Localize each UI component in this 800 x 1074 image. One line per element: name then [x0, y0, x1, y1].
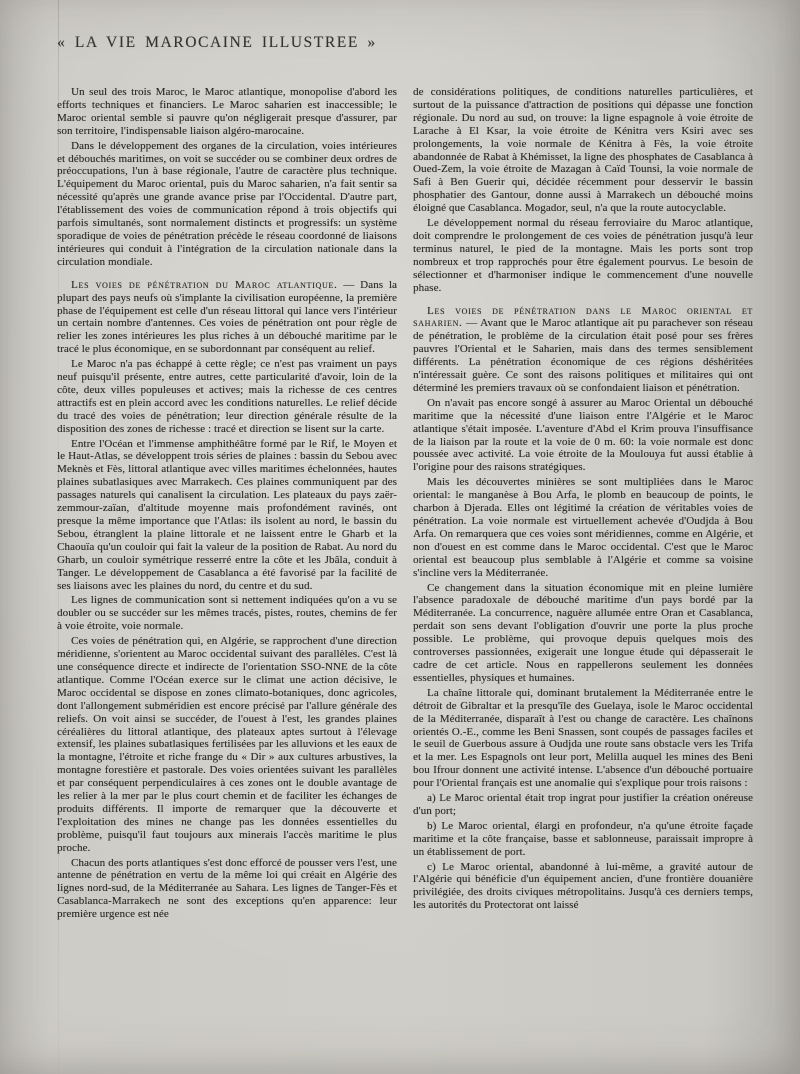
section-heading-paragraph: Les voies de pénétration dans le Maroc o…: [413, 305, 753, 395]
masthead-title: « LA VIE MAROCAINE ILLUSTREE »: [57, 34, 377, 52]
paragraph: Dans le développement des organes de la …: [57, 140, 397, 269]
article-body: Un seul des trois Maroc, le Maroc atlant…: [57, 86, 753, 923]
paragraph: On n'avait pas encore songé à assurer au…: [413, 397, 753, 474]
text-column-left: Un seul des trois Maroc, le Maroc atlant…: [57, 86, 397, 923]
paragraph: Les lignes de communication sont si nett…: [57, 594, 397, 633]
paragraph: Mais les découvertes minières se sont mu…: [413, 476, 753, 579]
paragraph: Le développement normal du réseau ferrov…: [413, 217, 753, 294]
list-item-a: a) Le Maroc oriental était trop ingrat p…: [413, 792, 753, 818]
paragraph: Entre l'Océan et l'immense amphithéâtre …: [57, 438, 397, 593]
paragraph: Ce changement dans la situation économiq…: [413, 582, 753, 685]
paragraph: Un seul des trois Maroc, le Maroc atlant…: [57, 86, 397, 138]
list-item-c: c) Le Maroc oriental, abandonné à lui-mê…: [413, 861, 753, 913]
section-heading: Les voies de pénétration du Maroc atlant…: [71, 279, 337, 291]
paragraph: Le Maroc n'a pas échappé à cette règle; …: [57, 358, 397, 435]
magazine-page: « LA VIE MAROCAINE ILLUSTREE » Un seul d…: [0, 0, 800, 1074]
paragraph: Chacun des ports atlantiques s'est donc …: [57, 857, 397, 922]
paragraph: Ces voies de pénétration qui, en Algérie…: [57, 635, 397, 854]
paragraph-continuation: de considérations politiques, de conditi…: [413, 86, 753, 215]
paragraph: La chaîne littorale qui, dominant brutal…: [413, 687, 753, 790]
text-column-right: de considérations politiques, de conditi…: [413, 86, 753, 923]
paragraph-text: — Avant que le Maroc atlantique ait pu p…: [413, 317, 753, 394]
list-item-b: b) Le Maroc oriental, élargi en profonde…: [413, 820, 753, 859]
section-heading-paragraph: Les voies de pénétration du Maroc atlant…: [57, 279, 397, 356]
